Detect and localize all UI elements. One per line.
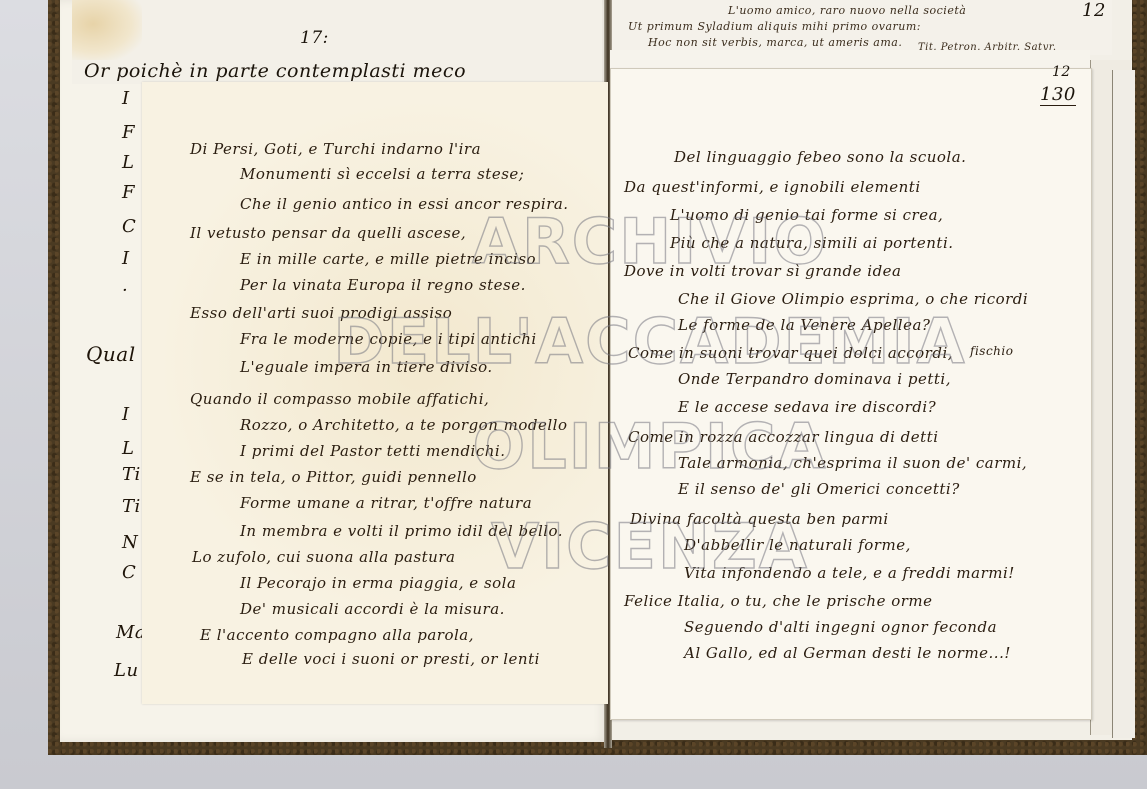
margin-initial: Lu [114,660,139,681]
watermark-line: ARCHIVIO [380,205,920,278]
inset-folio-number: 130 [1040,84,1076,106]
margin-initial: I [122,248,130,269]
verse-line: Al Gallo, ed al German desti le norme...… [684,644,1011,662]
margin-initial: I [122,88,130,109]
margin-initial: C [122,216,136,237]
verse-line: Per la vinata Europa il regno stese. [240,276,526,294]
paper-stain [72,0,142,60]
verse-line: Di Persi, Goti, e Turchi indarno l'ira [190,140,481,158]
note-line: Ut primum Syladium aliquis mihi primo ov… [628,20,921,33]
verse-line: E l'accento compagno alla parola, [200,626,474,644]
verse-line: Felice Italia, o tu, che le prische orme [624,592,933,610]
margin-initial: · [122,280,128,301]
margin-initial: F [122,182,135,203]
verse-line: Monumenti sì eccelsi a terra stese; [240,165,524,183]
verse-line: Da quest'informi, e ignobili elementi [624,178,921,196]
margin-initial: Qual [86,342,136,366]
inset-folio-small: 12 [1052,64,1071,80]
note-line: L'uomo amico, raro nuovo nella società [728,4,966,17]
left-page-heading: Or poichè in parte contemplasti meco [84,60,466,82]
verse-line: E delle voci i suoni or presti, or lenti [242,650,540,668]
note-line: Hoc non sit verbis, marca, ut ameris ama… [648,36,902,49]
margin-initial: L [122,438,134,459]
margin-initial: F [122,122,135,143]
verse-line: Seguendo d'alti ingegni ognor feconda [684,618,997,636]
margin-initial: Ti [122,496,141,517]
right-page-stack-edge-2 [1112,70,1135,738]
watermark-line: OLIMPICA [360,410,940,483]
margin-initial: C [122,562,136,583]
left-folio-number: 17: [300,28,329,48]
verse-line: Quando il compasso mobile affatichi, [190,390,489,408]
verse-line: Del linguaggio febeo sono la scuola. [674,148,966,166]
margin-initial: I [122,404,130,425]
verse-line: De' musicali accordi è la misura. [240,600,505,618]
margin-initial: N [122,532,138,553]
margin-initial: L [122,152,134,173]
margin-initial: Ti [122,464,141,485]
right-folio-number: 12 [1082,0,1106,21]
watermark-line: DELL'ACCADEMIA [300,305,1000,378]
watermark-line: VICENZA [380,510,920,583]
